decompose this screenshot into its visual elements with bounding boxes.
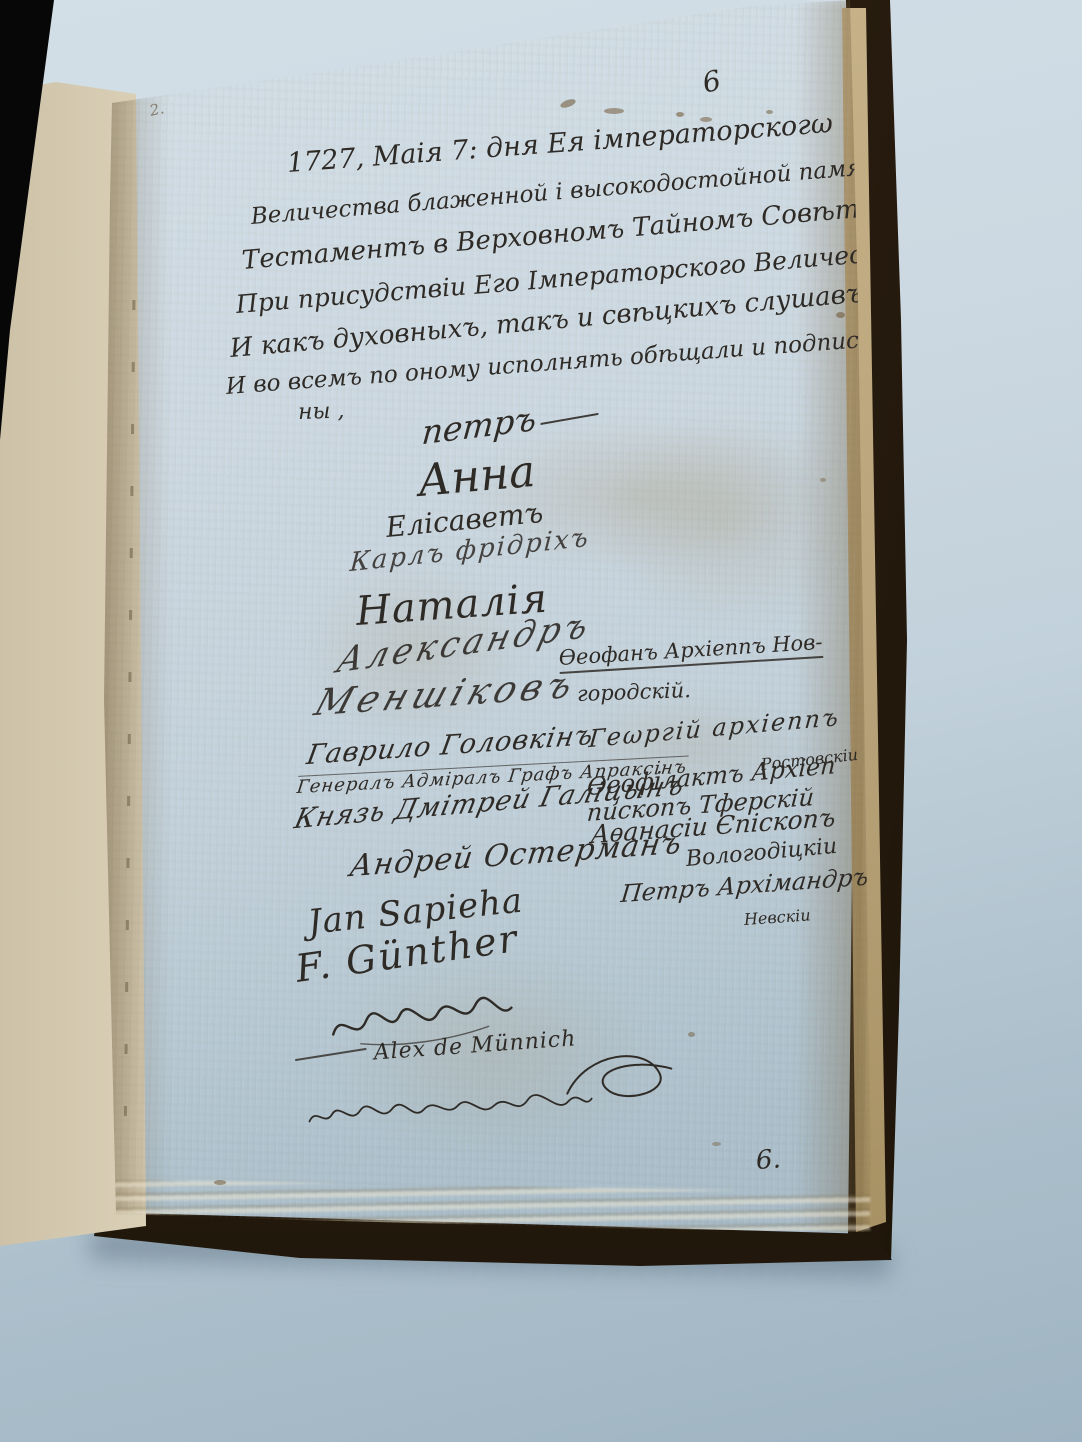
- body-line-7: ны ,: [298, 400, 345, 424]
- paper-stain: [836, 312, 845, 318]
- paper-stain: [214, 1180, 226, 1185]
- signature-feofan-line2: городскій.: [577, 680, 692, 705]
- paper-stain: [688, 1032, 695, 1037]
- signature-anna: Анна: [416, 450, 537, 504]
- page-number-bottom: 6.: [755, 1146, 782, 1174]
- paper-stain: [604, 108, 624, 114]
- signature-petr-archimandrite-line2: Невскіи: [743, 907, 811, 928]
- paper-stain: [712, 1142, 721, 1146]
- ink-bleed-ghost: [600, 410, 860, 630]
- paper-stain: [676, 112, 684, 117]
- corner-mark: 2.: [148, 101, 165, 119]
- photo-backdrop: { "scene": { "background_color": "#c7d5d…: [0, 0, 1082, 1442]
